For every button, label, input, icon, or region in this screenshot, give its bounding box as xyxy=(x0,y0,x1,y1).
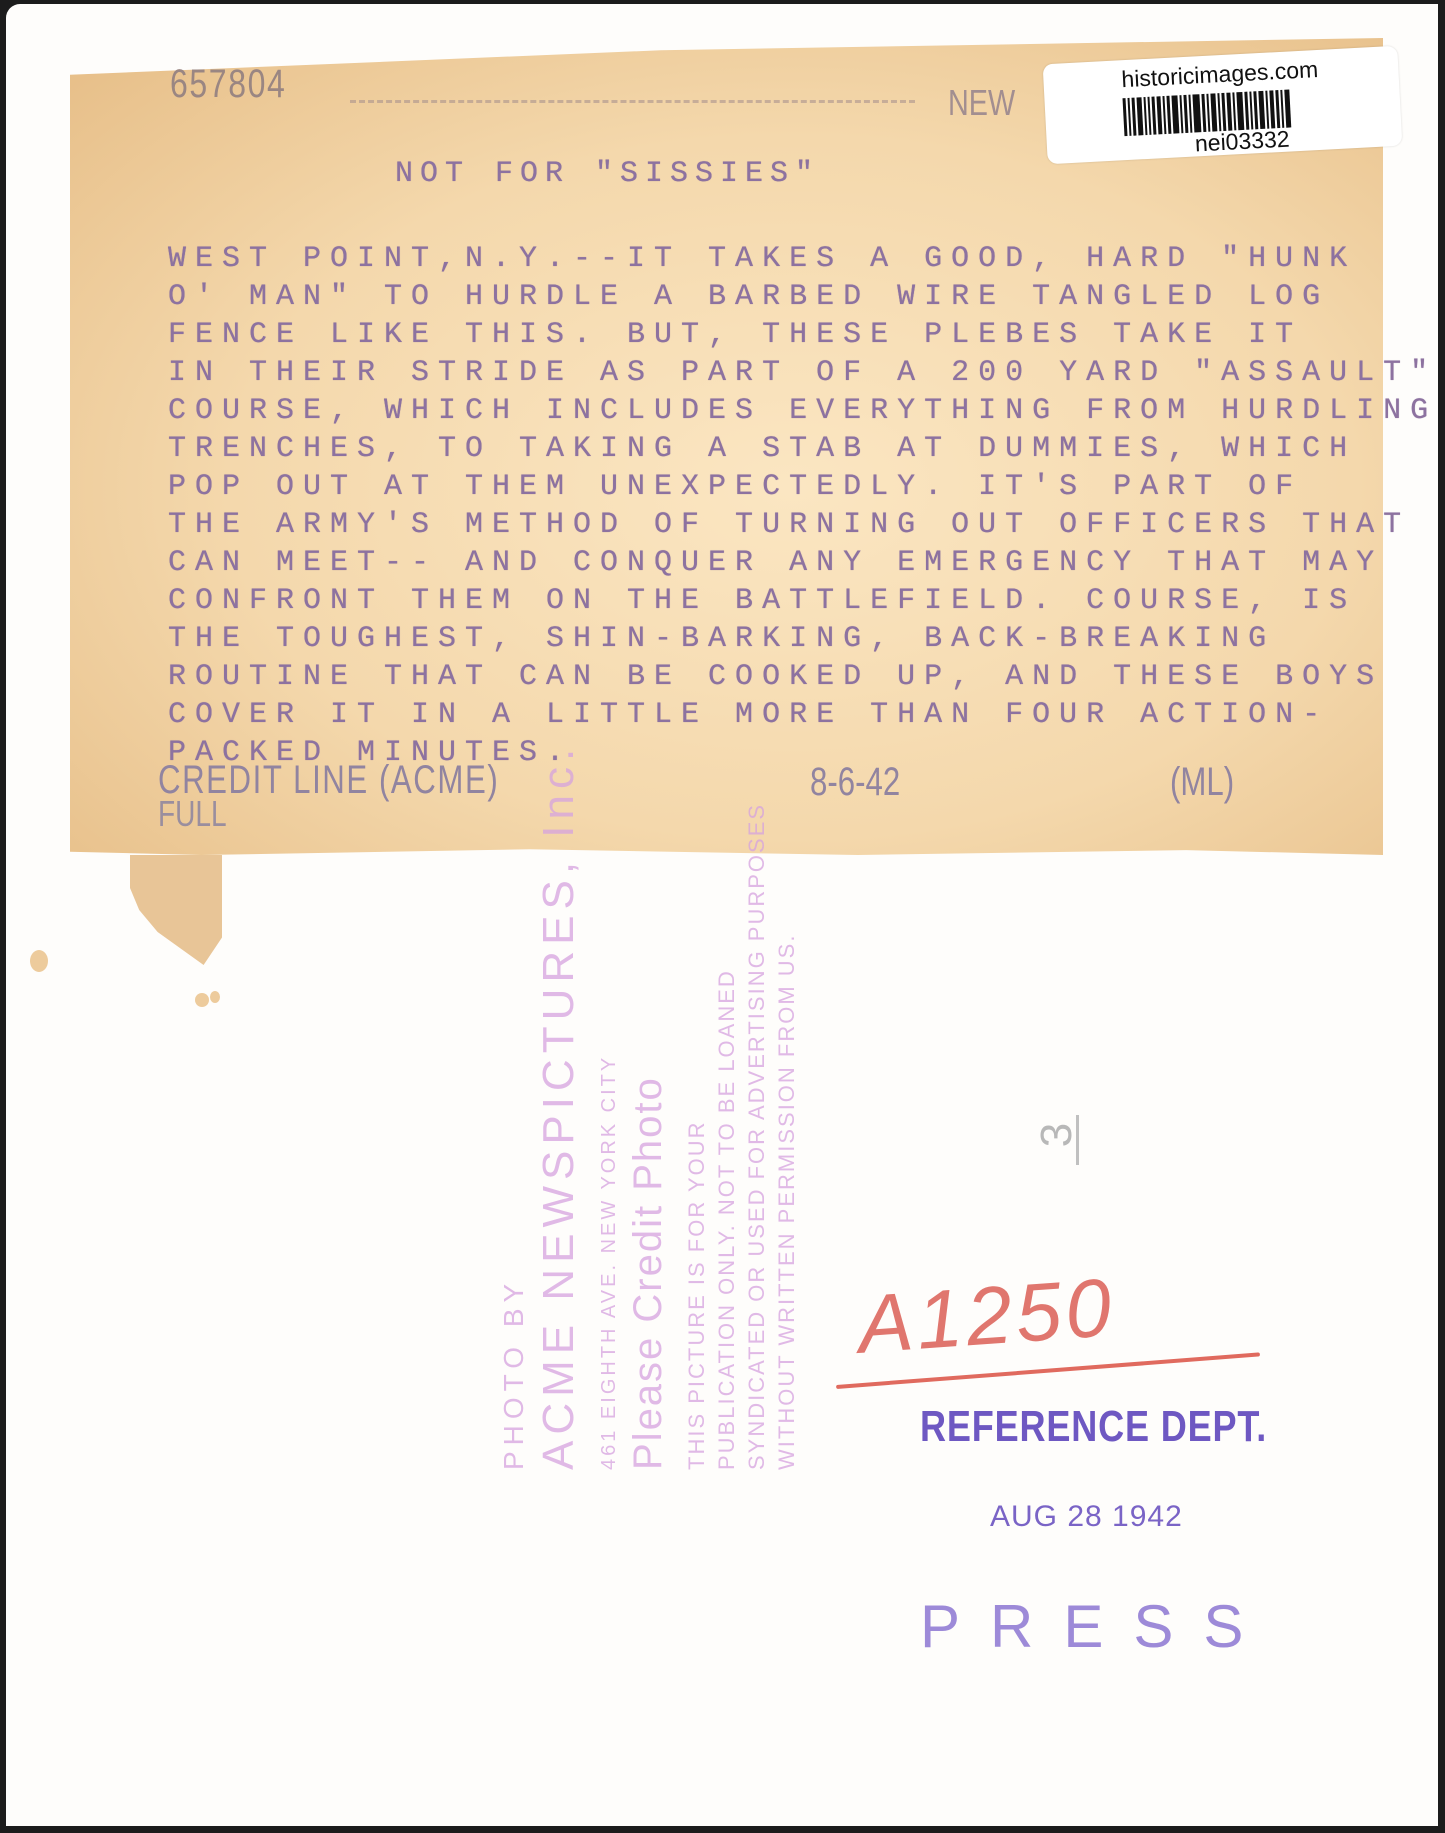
barcode-bar xyxy=(1183,95,1188,133)
serial-number: 657804 xyxy=(170,62,286,107)
barcode-bar xyxy=(1201,94,1206,132)
barcode-bar xyxy=(1269,90,1275,128)
stamp-line: PHOTO BY xyxy=(498,1278,530,1470)
caption-body-line: COURSE, WHICH INCLUDES EVERYTHING FROM H… xyxy=(168,392,1437,430)
barcode-bar xyxy=(1192,94,1201,132)
barcode-bar xyxy=(1244,92,1249,130)
caption-body-line: O' MAN" TO HURDLE A BARBED WIRE TANGLED … xyxy=(168,278,1437,316)
stamp-line: WITHOUT WRITTEN PERMISSION FROM US. xyxy=(774,934,800,1470)
barcode-bar xyxy=(1171,95,1179,133)
stamp-line: SYNDICATED OR USED FOR ADVERTISING PURPO… xyxy=(744,803,770,1470)
caption-body-line: TRENCHES, TO TAKING A STAB AT DUMMIES, W… xyxy=(168,430,1437,468)
barcode-bar xyxy=(1275,90,1280,128)
barcode-bar xyxy=(1131,98,1136,136)
barcode-bar xyxy=(1123,98,1128,136)
caption-body-line: THE ARMY'S METHOD OF TURNING OUT OFFICER… xyxy=(168,506,1437,544)
caption-body-line: IN THEIR STRIDE AS PART OF A 200 YARD "A… xyxy=(168,354,1437,392)
barcode-bar xyxy=(1236,92,1244,130)
caption-body-line: WEST POINT,N.Y.--IT TAKES A GOOD, HARD "… xyxy=(168,240,1437,278)
caption-body-line: CONFRONT THEM ON THE BATTLEFIELD. COURSE… xyxy=(168,582,1437,620)
stamp-line: THIS PICTURE IS FOR YOUR xyxy=(684,1120,710,1470)
barcode-bar xyxy=(1258,91,1265,129)
caption-body-line: THE TOUGHEST, SHIN-BARKING, BACK-BREAKIN… xyxy=(168,620,1437,658)
pencil-stroke xyxy=(1076,1115,1079,1165)
stamp-line: Please Credit Photo xyxy=(626,1076,671,1470)
paper-stain xyxy=(195,993,209,1007)
barcode-bar xyxy=(1151,97,1156,135)
caption-body-line: CAN MEET-- AND CONQUER ANY EMERGENCY THA… xyxy=(168,544,1437,582)
writer-initials: (ML) xyxy=(1170,760,1234,805)
archive-item-id: nei03332 xyxy=(1194,126,1290,158)
press-stamp: PRESS xyxy=(920,1592,1273,1661)
caption-date: 8-6-42 xyxy=(810,760,900,805)
archive-site-name: historicimages.com xyxy=(1121,56,1319,93)
barcode-bar xyxy=(1156,96,1162,134)
paper-stain xyxy=(210,991,220,1003)
barcode-bar xyxy=(1284,89,1291,127)
usage-note: FULL xyxy=(158,793,227,835)
caption-body-line: POP OUT AT THEM UNEXPECTEDLY. IT'S PART … xyxy=(168,468,1437,506)
caption-body-line: FENCE LIKE THIS. BUT, THESE PLEBES TAKE … xyxy=(168,316,1437,354)
department-stamp: REFERENCE DEPT. xyxy=(920,1402,1267,1452)
barcode-bar xyxy=(1210,93,1217,131)
catalog-number: A1250 xyxy=(855,1261,1118,1373)
caption-body: WEST POINT,N.Y.--IT TAKES A GOOD, HARD "… xyxy=(168,240,1437,772)
caption-body-line: ROUTINE THAT CAN BE COOKED UP, AND THESE… xyxy=(168,658,1437,696)
pencil-mark: 3 xyxy=(1032,1123,1082,1147)
barcode-bar xyxy=(1166,96,1171,134)
agency-credit-stamp: PHOTO BY ACME NEWSPICTURES, Inc. 461 EIG… xyxy=(498,870,828,1470)
received-date-stamp: AUG 28 1942 xyxy=(990,1500,1183,1534)
barcode-bar xyxy=(1136,97,1143,135)
stamp-line: ACME NEWSPICTURES, Inc. xyxy=(534,743,584,1470)
barcode-bar xyxy=(1253,91,1258,129)
dashed-rule xyxy=(350,100,915,103)
caption-headline: NOT FOR "SISSIES" xyxy=(395,155,820,193)
barcode-bar xyxy=(1221,93,1226,131)
archive-barcode-label: historicimages.com nei03332 xyxy=(1043,46,1403,164)
paper-stain xyxy=(30,950,48,972)
edition-mark: NEW xyxy=(948,82,1015,124)
barcode-bar xyxy=(1226,93,1232,131)
stamp-line: 461 EIGHTH AVE. NEW YORK CITY xyxy=(598,1055,621,1470)
caption-body-line: COVER IT IN A LITTLE MORE THAN FOUR ACTI… xyxy=(168,696,1437,734)
stamp-line: PUBLICATION ONLY. NOT TO BE LOANED xyxy=(714,969,740,1470)
